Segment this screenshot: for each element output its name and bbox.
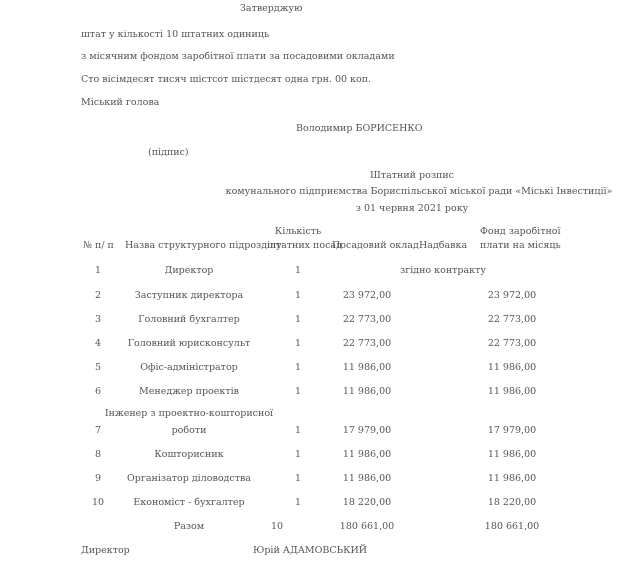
row-number: 6 <box>95 386 101 397</box>
row-number: 10 <box>92 497 104 508</box>
row-count: 1 <box>295 338 301 349</box>
total-label: Разом <box>174 521 204 532</box>
row-salary: 11 986,00 <box>343 362 391 373</box>
row-number: 7 <box>95 425 101 436</box>
row-salary: 11 986,00 <box>343 386 391 397</box>
row-fund: 23 972,00 <box>488 290 536 301</box>
director-name: Юрій АДАМОВСЬКИЙ <box>253 545 367 556</box>
row-fund: 11 986,00 <box>488 362 536 373</box>
row-number: 9 <box>95 473 101 484</box>
row-unit: Менеджер проектів <box>139 386 239 397</box>
row-unit: Головний бухгалтер <box>138 314 239 325</box>
header-bonus: Надбавка <box>419 240 467 251</box>
row-number: 2 <box>95 290 101 301</box>
total-salary: 180 661,00 <box>340 521 394 532</box>
row-number: 8 <box>95 449 101 460</box>
row-unit: Економіст - бухгалтер <box>133 497 244 508</box>
header-count-line2: штатних посад <box>267 240 342 251</box>
row-fund: 11 986,00 <box>488 449 536 460</box>
row-count: 1 <box>295 449 301 460</box>
row-count: 1 <box>295 362 301 373</box>
row-count: 1 <box>295 265 301 276</box>
row-number: 1 <box>95 265 101 276</box>
header-fund-line1: Фонд заробітної <box>480 226 561 237</box>
header-salary: Посадовий оклад <box>332 240 419 251</box>
row-number: 4 <box>95 338 101 349</box>
row-count: 1 <box>295 425 301 436</box>
row-salary: 22 773,00 <box>343 314 391 325</box>
row-fund: 11 986,00 <box>488 473 536 484</box>
row-count: 1 <box>295 314 301 325</box>
row-unit: Директор <box>165 265 214 276</box>
row-unit: Інженер з проектно-кошторисної <box>105 408 273 419</box>
signature-placeholder: (підпис) <box>148 147 189 158</box>
row-count: 1 <box>295 386 301 397</box>
approve-label: Затверджую <box>240 3 302 14</box>
organization-name: комунального підприємства Бориспільської… <box>226 186 613 197</box>
mayor-name: Володимир БОРИСЕНКО <box>296 123 423 134</box>
row-salary: 23 972,00 <box>343 290 391 301</box>
row-fund: 18 220,00 <box>488 497 536 508</box>
row-fund: 17 979,00 <box>488 425 536 436</box>
row-unit: Організатор діловодства <box>127 473 251 484</box>
header-fund-line2: плати на місяць <box>480 240 561 251</box>
row-salary: 11 986,00 <box>343 449 391 460</box>
effective-date: з 01 червня 2021 року <box>356 203 469 214</box>
row-number: 3 <box>95 314 101 325</box>
document-title: Штатний розпис <box>370 170 454 181</box>
row-fund: 11 986,00 <box>488 386 536 397</box>
row-salary: 17 979,00 <box>343 425 391 436</box>
mayor-title: Міський голова <box>81 97 159 108</box>
header-unit: Назва структурного підрозділу <box>125 240 282 251</box>
row-salary: 11 986,00 <box>343 473 391 484</box>
total-fund: 180 661,00 <box>485 521 539 532</box>
header-count-line1: Кількість <box>275 226 321 237</box>
row-unit: Головний юрисконсульт <box>128 338 251 349</box>
row-fund: 22 773,00 <box>488 314 536 325</box>
staff-count-line: штат у кількості 10 штатних одиниць <box>81 29 269 40</box>
row-count: 1 <box>295 497 301 508</box>
row-unit: Офіс-адміністратор <box>140 362 237 373</box>
row-number: 5 <box>95 362 101 373</box>
total-count: 10 <box>271 521 283 532</box>
row-count: 1 <box>295 290 301 301</box>
row-salary: 18 220,00 <box>343 497 391 508</box>
header-number: № п/ п <box>83 240 114 251</box>
row-unit: Заступник директора <box>135 290 243 301</box>
amount-in-words: Сто вісімдесят тисяч шістсот шістдесят о… <box>81 74 371 85</box>
row-count: 1 <box>295 473 301 484</box>
fund-line: з місячним фондом заробітної плати за по… <box>81 51 395 62</box>
row-unit: Кошторисник <box>154 449 223 460</box>
row-salary: 22 773,00 <box>343 338 391 349</box>
row-bonus: згідно контракту <box>400 265 486 276</box>
row-unit-line2: роботи <box>172 425 207 436</box>
row-fund: 22 773,00 <box>488 338 536 349</box>
director-title: Директор <box>81 545 130 556</box>
